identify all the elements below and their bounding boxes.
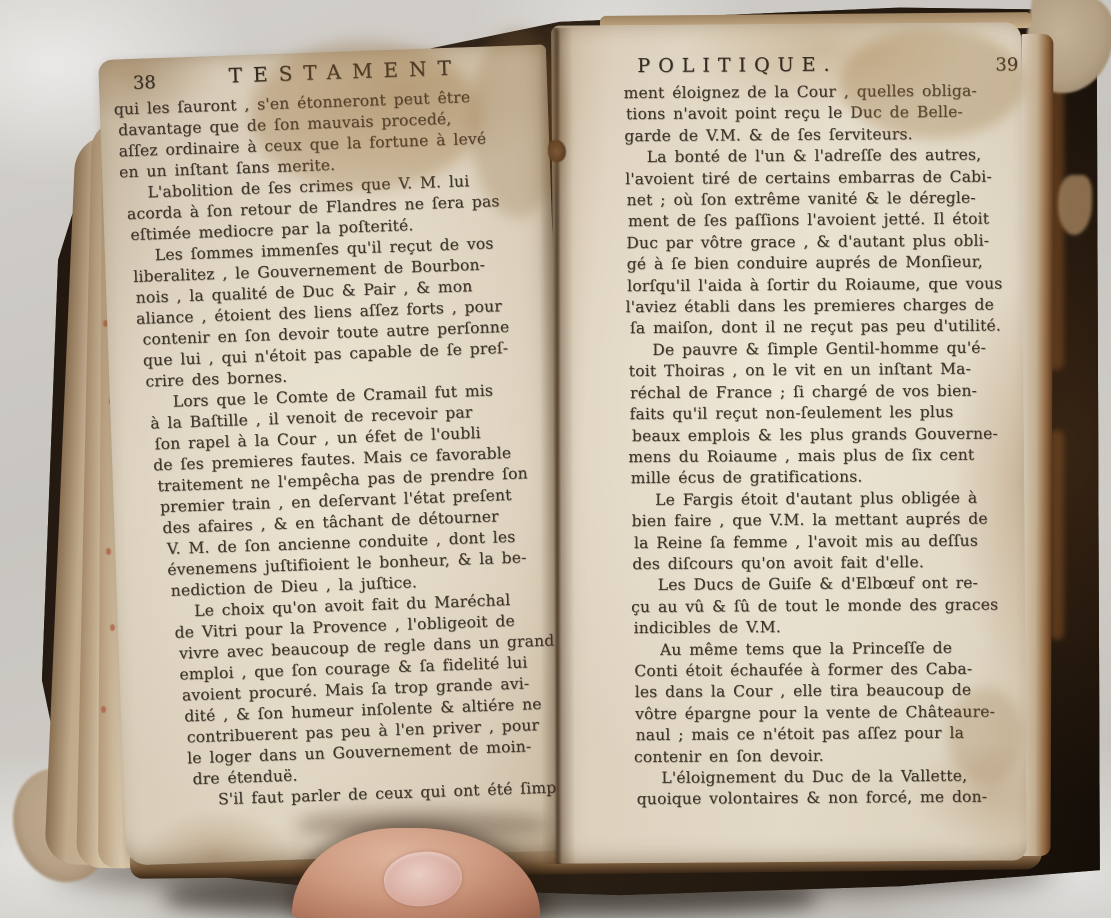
text-line: mille écus de gratifications. bbox=[631, 466, 1023, 490]
text-line: bien faire , que V.M. la mettant auprés … bbox=[631, 508, 1023, 532]
text-line: les dans la Cour , elle tira beaucoup de bbox=[635, 680, 1027, 704]
text-line: Au même tems que la Princeſſe de bbox=[636, 637, 1026, 661]
text-line: réchal de France ; ſi chargé de vos bien… bbox=[630, 380, 1021, 404]
text-line: faits qu'il reçut non-ſeulement les plus bbox=[629, 401, 1021, 425]
text-line: l'avoient tiré de certains embarras de C… bbox=[625, 166, 1017, 190]
text-line: garde de V.M. & de ſes ſerviteurs. bbox=[624, 123, 1016, 147]
text-line: indicibles de V.M. bbox=[633, 616, 1025, 640]
text-line: quoique volontaires & non forcé, me don- bbox=[637, 787, 1029, 811]
right-page: POLITIQUE. 39 ment éloignez de la Cour ,… bbox=[551, 22, 1027, 863]
text-line: toit Thoiras , on le vit en un inſtant M… bbox=[629, 359, 1021, 383]
text-line: des diſcours qu'on avoit fait d'elle. bbox=[632, 551, 1024, 575]
red-speckle bbox=[110, 624, 115, 631]
left-page-text: qui les ſauront , s'en étonneront peut ê… bbox=[113, 85, 562, 813]
text-line: La bonté de l'un & l'adreſſe des autres, bbox=[623, 145, 1017, 169]
text-line: ſa maiſon, dont il ne reçut pas peu d'ut… bbox=[630, 316, 1020, 340]
left-page: 38 TESTAMENT qui les ſauront , s'en éton… bbox=[98, 44, 574, 865]
right-page-text: ment éloignez de la Cour , quelles oblig… bbox=[623, 80, 1020, 811]
cover-rust-streak bbox=[1050, 430, 1064, 640]
text-line: L'éloignement du Duc de la Vallette, bbox=[637, 765, 1028, 789]
red-speckle bbox=[106, 548, 111, 555]
left-page-number: 38 bbox=[133, 72, 157, 94]
text-line: tions n'avoit point reçu le Duc de Belle… bbox=[626, 102, 1016, 126]
binding-thread bbox=[548, 140, 566, 162]
text-line: la Reine ſa femme , l'avoit mis au deſſu… bbox=[634, 530, 1024, 554]
text-line: çu au vû & ſû de tout le monde des grace… bbox=[631, 594, 1025, 618]
red-speckle bbox=[101, 706, 106, 713]
text-line: Duc par vôtre grace , & d'autant plus ob… bbox=[626, 230, 1018, 254]
right-page-number: 39 bbox=[995, 54, 1018, 75]
text-line: net ; où ſon extrême vanité & le déregle… bbox=[626, 187, 1017, 211]
book-photo: 38 TESTAMENT qui les ſauront , s'en éton… bbox=[0, 0, 1111, 918]
text-line: Le Fargis étoit d'autant plus obligée à bbox=[631, 487, 1023, 511]
right-running-title: POLITIQUE. bbox=[637, 54, 837, 77]
text-line: l'aviez établi dans les premieres charge… bbox=[625, 294, 1019, 318]
fingernail bbox=[381, 848, 464, 910]
text-line: Les Ducs de Guiſe & d'Elbœuf ont re- bbox=[634, 573, 1025, 597]
text-line: gé à ſe bien conduire auprés de Monſieur… bbox=[627, 252, 1019, 276]
text-line: contenir en ſon devoir. bbox=[634, 744, 1028, 768]
text-line: lorſqu'il l'aida à ſortir du Roiaume, qu… bbox=[627, 273, 1019, 297]
text-line: vôtre épargne pour la vente de Châteaure… bbox=[635, 701, 1027, 725]
text-line: De pauvre & ſimple Gentil-homme qu'é- bbox=[628, 337, 1020, 361]
text-line: naul ; mais ce n'étoit pas aſſez pour la bbox=[635, 723, 1027, 747]
text-line: ment éloignez de la Cour , quelles oblig… bbox=[623, 80, 1015, 104]
left-running-title: TESTAMENT bbox=[228, 55, 462, 87]
text-line: mens du Roiaume , mais plus de ſix cent bbox=[628, 444, 1022, 468]
text-line: ment de ſes paſſions l'avoient jetté. Il… bbox=[628, 209, 1018, 233]
text-line: beaux emplois & les plus grands Gouverne… bbox=[632, 423, 1022, 447]
text-line: Conti étoit échaufée à former des Caba- bbox=[634, 658, 1026, 682]
